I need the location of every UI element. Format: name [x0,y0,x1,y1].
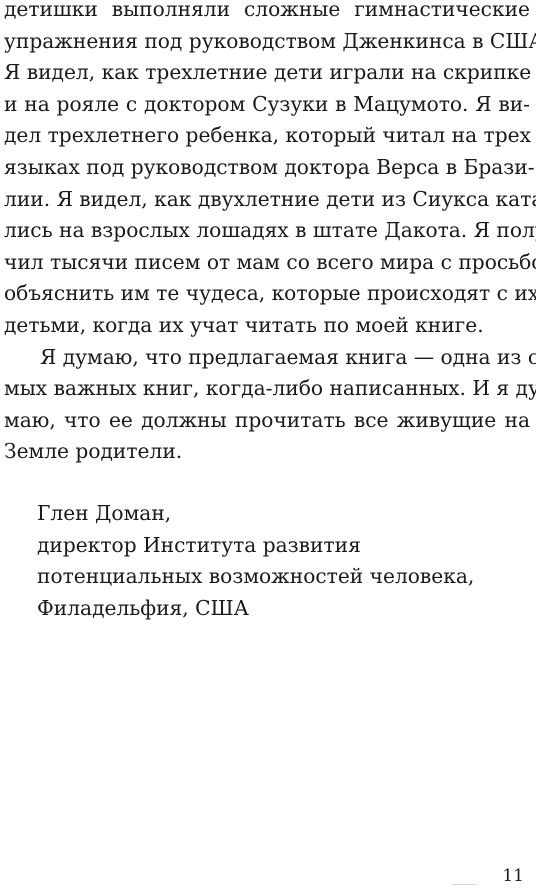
text-line: объяснить им те чудеса, которые происход… [4,278,530,310]
text-line: детьми, когда их учат читать по моей кни… [4,310,530,342]
page-number: 11 [502,866,524,886]
text-line: лии. Я видел, как двухлетние дети из Сиу… [4,184,530,216]
text-line: чил тысячи писем от мам со всего мира с … [4,247,530,279]
text-line: лись на взрослых лошадях в штате Дакота.… [4,215,530,247]
text-line: дел трехлетнего ребенка, который читал н… [4,120,530,152]
signature-name: Глен Доман, [37,498,530,530]
footer-rule [452,884,477,885]
text-line: языках под руководством доктора Верса в … [4,152,530,184]
text-line: маю, что ее должны прочитать все живущие… [4,405,530,437]
paragraph-1: детишки выполняли сложные гимнастические… [4,0,530,342]
text-line: мых важных книг, когда-либо написанных. … [4,373,530,405]
signature-title-cont: потенциальных возможностей человека, [37,561,530,593]
paragraph-2: Я думаю, что предлагаемая книга — одна и… [4,342,530,468]
text-line: Я видел, как трехлетние дети играли на с… [4,57,530,89]
text-line: и на рояле с доктором Сузуки в Мацумото.… [4,89,530,121]
text-line: Земле родители. [4,436,530,468]
signature-title: директор Института развития [37,530,530,562]
text-line: упражнения под руководством Дженкинса в … [4,26,530,58]
signature-location: Филадельфия, США [37,593,530,625]
book-page: детишки выполняли сложные гимнастические… [4,0,530,624]
text-line: Я думаю, что предлагаемая книга — одна и… [4,342,530,374]
signature-block: Глен Доман, директор Института развития … [4,498,530,624]
text-line: детишки выполняли сложные гимнастические [4,0,530,26]
spacer [4,468,530,498]
